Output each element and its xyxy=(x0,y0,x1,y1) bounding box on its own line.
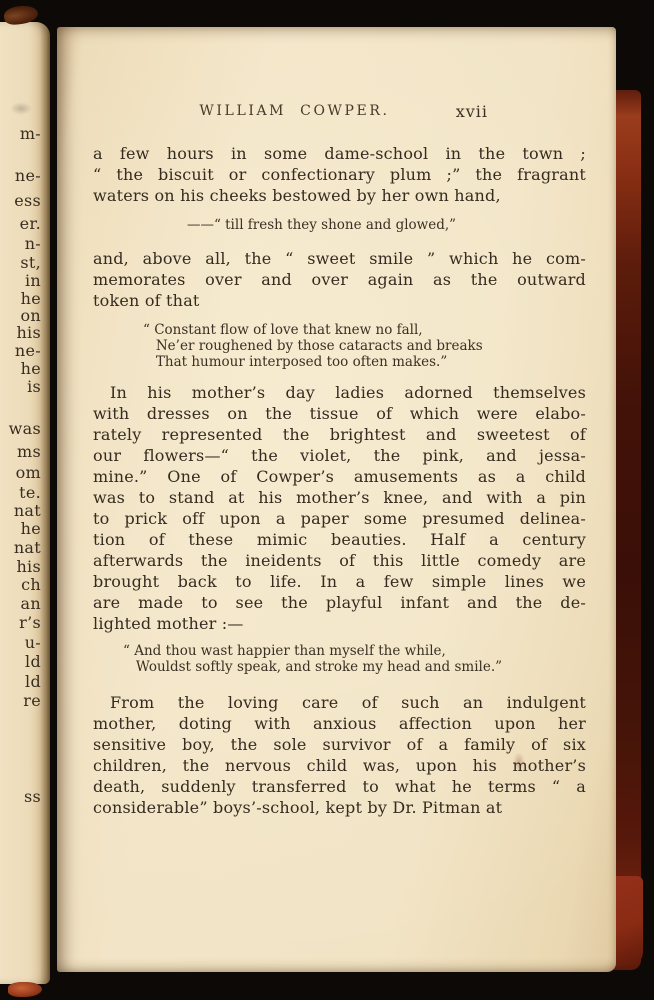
cut-off-text-fragment: r’s xyxy=(19,614,41,632)
cut-off-text-fragment: st, xyxy=(20,254,41,272)
text-line: mother, doting with anxious affection up… xyxy=(93,713,586,734)
book-page: WILLIAM COWPER. xvii a few hours in some… xyxy=(57,27,616,972)
text-line: “ Constant flow of love that knew no fal… xyxy=(143,322,586,338)
paragraph-continuation: a few hours in some dame-school in the t… xyxy=(93,143,586,206)
cut-off-text-fragment: nat xyxy=(14,539,41,557)
cut-off-text-fragment: nat xyxy=(14,502,41,520)
cut-off-text-fragment: he xyxy=(21,360,41,378)
cut-off-text-fragment: ld xyxy=(25,673,41,691)
inline-verse-quote: ——“ till fresh they shone and glowed,” xyxy=(75,217,568,233)
paragraph: and, above all, the “ sweet smile ” whic… xyxy=(93,248,586,311)
text-line: considerable” boys’-school, kept by Dr. … xyxy=(93,797,586,818)
cut-off-text-fragment: ess xyxy=(14,192,41,210)
text-line: are made to see the playful infant and t… xyxy=(93,592,586,613)
text-line: children, the nervous child was, upon hi… xyxy=(93,755,586,776)
cut-off-text-fragment: was xyxy=(9,420,41,438)
text-line: with dresses on the tissue of which were… xyxy=(93,403,586,424)
text-line: our flowers—“ the violet, the pink, and … xyxy=(93,445,586,466)
text-line: waters on his cheeks bestowed by her own… xyxy=(93,185,586,206)
text-line: tion of these mimic beauties. Half a cen… xyxy=(93,529,586,550)
text-line: death, suddenly transferred to what he t… xyxy=(93,776,586,797)
cut-off-text-fragment: ms xyxy=(17,443,41,461)
text-line: That humour interposed too often makes.” xyxy=(143,354,586,370)
text-line: lighted mother :— xyxy=(93,613,586,634)
text-line: to prick off upon a paper some presumed … xyxy=(93,508,586,529)
paragraph: From the loving care of such an indulgen… xyxy=(93,692,586,818)
text-line: afterwards the ineidents of this little … xyxy=(93,550,586,571)
text-line: was to stand at his mother’s knee, and w… xyxy=(93,487,586,508)
page-number: xvii xyxy=(456,102,488,121)
cut-off-text-fragment: ne- xyxy=(15,342,41,360)
text-line: a few hours in some dame-school in the t… xyxy=(93,143,586,164)
text-line: From the loving care of such an indulgen… xyxy=(93,692,586,713)
text-line: Wouldst softly speak, and stroke my head… xyxy=(123,659,586,675)
text-line: mine.” One of Cowper’s amusements as a c… xyxy=(93,466,586,487)
cut-off-text-fragment: ld xyxy=(25,653,41,671)
cut-off-text-fragment: his xyxy=(16,324,41,342)
cut-off-text-fragment: he xyxy=(21,520,41,538)
paper-smudge xyxy=(10,102,32,115)
cut-off-text-fragment: re xyxy=(23,692,41,710)
cut-off-text-fragment: ss xyxy=(24,788,41,806)
cut-off-text-fragment: ch xyxy=(21,576,41,594)
page-content: WILLIAM COWPER. xvii a few hours in some… xyxy=(57,27,616,818)
block-verse-quote: “ And thou wast happier than myself the … xyxy=(123,643,586,675)
text-line: memorates over and over again as the out… xyxy=(93,269,586,290)
page-header: WILLIAM COWPER. xvii xyxy=(93,103,586,123)
cut-off-text-fragment: n- xyxy=(25,235,41,253)
text-line: Ne’er roughened by those cataracts and b… xyxy=(143,338,586,354)
cut-off-text-fragment: om xyxy=(16,464,41,482)
text-line: token of that xyxy=(93,290,586,311)
cut-off-text-fragment: his xyxy=(16,558,41,576)
block-verse-quote: “ Constant flow of love that knew no fal… xyxy=(143,322,586,370)
cut-off-text-fragment: in xyxy=(25,272,41,290)
text-line: brought back to life. In a few simple li… xyxy=(93,571,586,592)
paragraph: In his mother’s day ladies adorned thems… xyxy=(93,382,586,634)
cut-off-text-fragment: m- xyxy=(20,125,41,143)
text-line: “ the biscuit or confectionary plum ;” t… xyxy=(93,164,586,185)
text-line: and, above all, the “ sweet smile ” whic… xyxy=(93,248,586,269)
cut-off-text-fragment: ne- xyxy=(15,167,41,185)
text-line: “ And thou wast happier than myself the … xyxy=(123,643,586,659)
cut-off-text-fragment: u- xyxy=(25,634,41,652)
cut-off-text-fragment: an xyxy=(21,595,41,613)
text-line: rately represented the brightest and swe… xyxy=(93,424,586,445)
text-line: sensitive boy, the sole survivor of a fa… xyxy=(93,734,586,755)
cut-off-text-fragment: is xyxy=(27,378,41,396)
book-photograph: m-ne-esser.n-st,inheonhisne-heiswasmsomt… xyxy=(0,0,654,1000)
cut-off-text-fragment: te. xyxy=(19,484,41,502)
facing-page-edge: m-ne-esser.n-st,inheonhisne-heiswasmsomt… xyxy=(0,0,50,1000)
text-line: In his mother’s day ladies adorned thems… xyxy=(93,382,586,403)
cut-off-text-fragment: er. xyxy=(20,215,41,233)
